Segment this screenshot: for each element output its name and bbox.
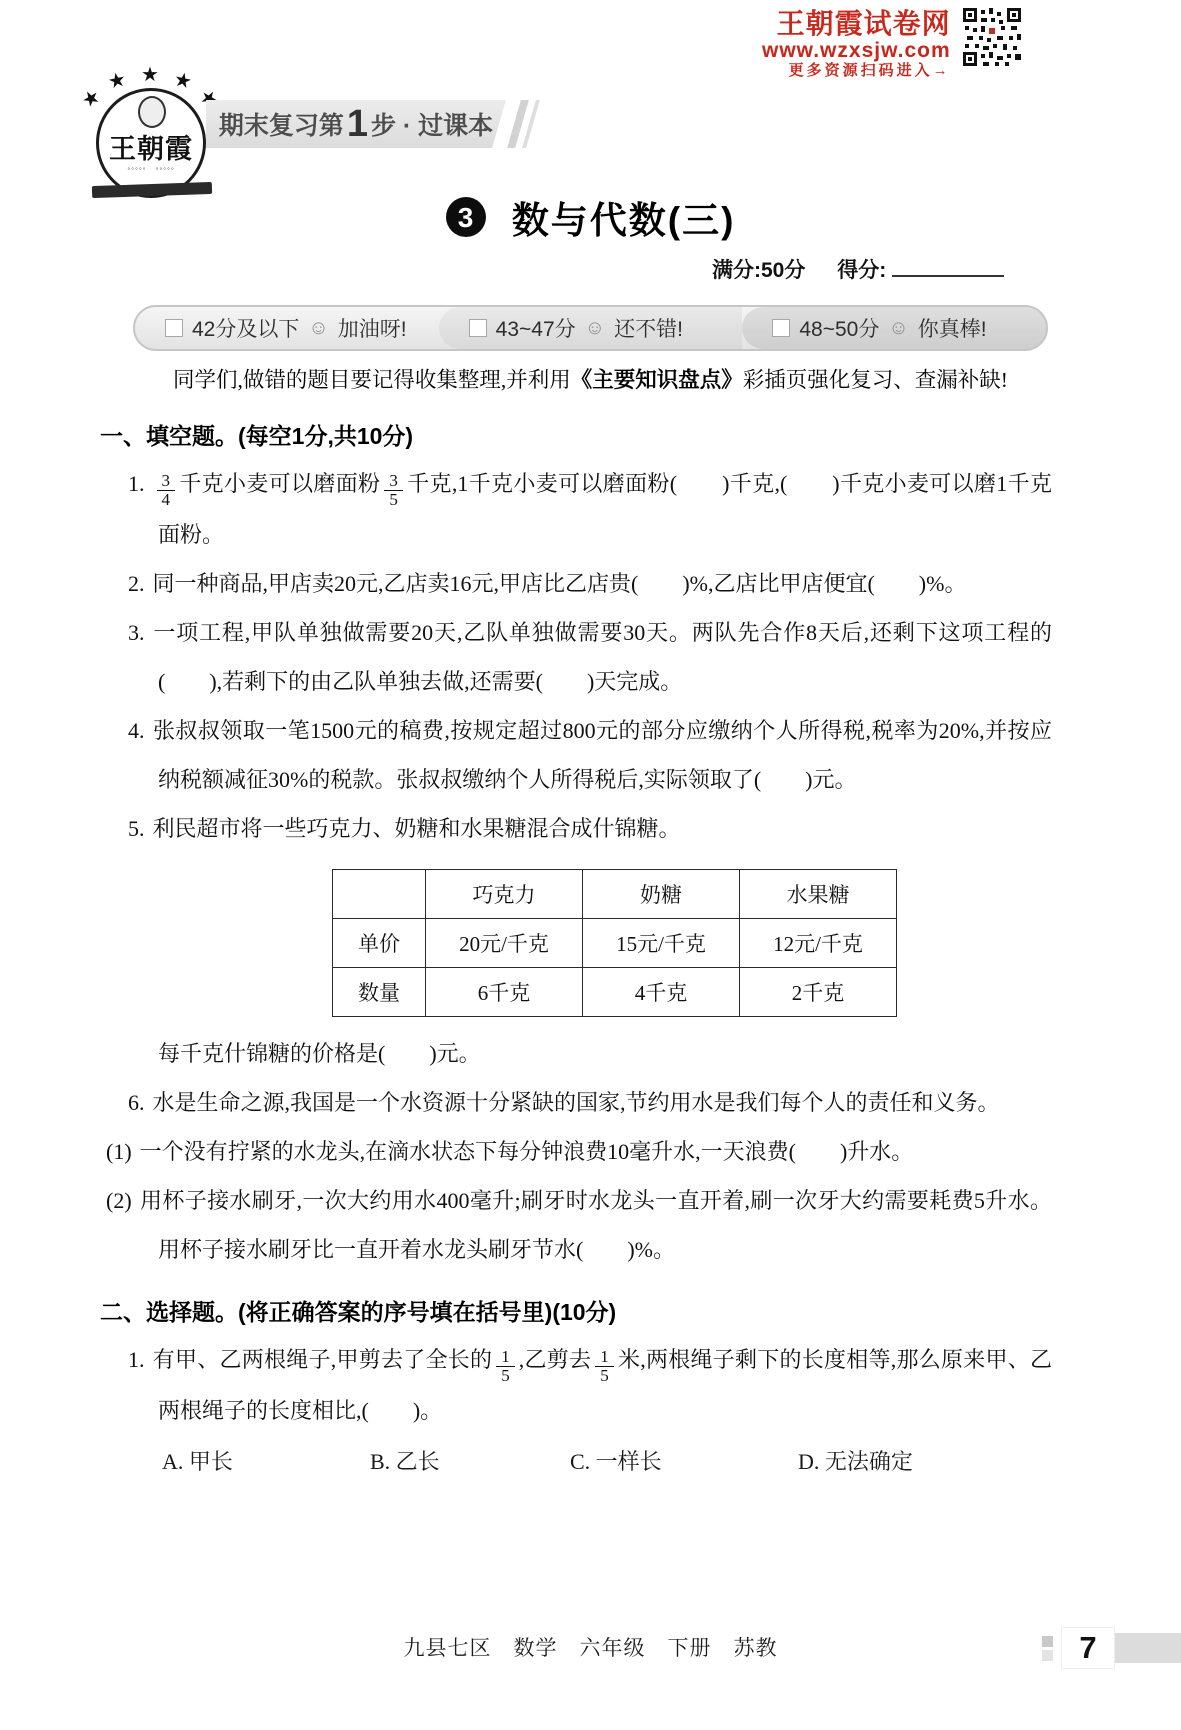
- rating-range: 42分及以下: [192, 313, 299, 343]
- table-cell: 4千克: [583, 967, 740, 1016]
- star-icon: ★: [77, 83, 105, 114]
- qr-code-icon: [963, 8, 1021, 66]
- option-a: A. 甲长: [162, 1439, 370, 1485]
- star-icon: ★: [106, 66, 129, 94]
- review-step-banner: 期末复习第 1 步 · 过课本: [206, 100, 506, 148]
- rating-segment-high: 48~50分 ☺ 你真棒!: [742, 307, 1046, 349]
- option-d: D. 无法确定: [798, 1439, 1052, 1485]
- question-text: 有甲、乙两根绳子,甲剪去了全长的: [153, 1347, 493, 1372]
- table-header-cell: 水果糖: [740, 869, 897, 918]
- rating-range: 48~50分: [799, 313, 879, 343]
- question-number: 4.: [128, 718, 145, 743]
- site-name: 王朝霞试卷网: [762, 8, 951, 39]
- student-notice: 同学们,做错的题目要记得收集整理,并利用《主要知识盘点》彩插页强化复习、查漏补缺…: [0, 363, 1181, 394]
- question-number: 1.: [128, 471, 145, 496]
- question-text: 一个没有拧紧的水龙头,在滴水状态下每分钟浪费10毫升水,一天浪费( )升水。: [140, 1139, 914, 1164]
- table-row: 数量 6千克 4千克 2千克: [333, 967, 897, 1016]
- question-text: 张叔叔领取一笔1500元的稿费,按规定超过800元的部分应缴纳个人所得税,税率为…: [153, 718, 1053, 792]
- full-score-label: 满分:50分: [712, 259, 805, 282]
- option-b: B. 乙长: [370, 1439, 570, 1485]
- banner-step-number: 1: [347, 105, 368, 143]
- table-header-row: 巧克力 奶糖 水果糖: [333, 869, 897, 918]
- fraction: 15: [496, 1348, 515, 1386]
- self-rating-bar: 42分及以下 ☺ 加油呀! 43~47分 ☺ 还不错! 48~50分 ☺ 你真棒…: [133, 305, 1048, 351]
- notice-text: 同学们,做错的题目要记得收集整理,并利用: [173, 368, 571, 392]
- score-line: 满分:50分 得分:: [712, 254, 1004, 284]
- table-cell: 15元/千克: [583, 918, 740, 967]
- rating-checkbox: [469, 319, 487, 337]
- exam-body: 一、填空题。(每空1分,共10分) 1.34千克小麦可以磨面粉35千克,1千克小…: [100, 412, 1052, 1485]
- question-text: 用杯子接水刷牙,一次大约用水400毫升;刷牙时水龙头一直开着,刷一次牙大约需要耗…: [140, 1188, 1052, 1262]
- question-number: 2.: [128, 571, 145, 596]
- rating-comment: 加油呀!: [338, 313, 407, 343]
- table-header-cell: 奶糖: [583, 869, 740, 918]
- fraction: 34: [157, 472, 176, 510]
- sub-question-number: (2): [106, 1188, 132, 1213]
- sub-question-number: (1): [106, 1139, 132, 1164]
- page-title: 3 数与代数(三): [0, 190, 1181, 244]
- question-text: ,乙剪去: [519, 1347, 592, 1372]
- table-header-cell: 巧克力: [426, 869, 583, 918]
- got-score-label: 得分:: [837, 259, 886, 282]
- question-number: 1.: [128, 1347, 145, 1372]
- table-row: 单价 20元/千克 15元/千克 12元/千克: [333, 918, 897, 967]
- fill-question-6-sub-1: (1)一个没有拧紧的水龙头,在滴水状态下每分钟浪费10毫升水,一天浪费( )升水…: [100, 1127, 1052, 1176]
- rating-checkbox: [772, 319, 790, 337]
- site-url: www.wzxsjw.com: [762, 39, 951, 63]
- fraction: 15: [595, 1348, 614, 1386]
- page-number: 7: [1061, 1627, 1115, 1669]
- title-number-badge: 3: [446, 197, 486, 237]
- candy-price-table: 巧克力 奶糖 水果糖 单价 20元/千克 15元/千克 12元/千克 数量 6千…: [332, 869, 897, 1017]
- banner-suffix: 步 · 过课本: [371, 106, 493, 142]
- question-text: 同一种商品,甲店卖20元,乙店卖16元,甲店比乙店贵( )%,乙店比甲店便宜( …: [153, 571, 967, 596]
- option-c: C. 一样长: [570, 1439, 798, 1485]
- notice-text: 彩插页强化复习、查漏补缺!: [743, 368, 1008, 392]
- stamp-name: 王朝霞: [99, 127, 203, 166]
- fill-question-1: 1.34千克小麦可以磨面粉35千克,1千克小麦可以磨面粉( )千克,( )千克小…: [100, 459, 1052, 559]
- fill-question-3: 3.一项工程,甲队单独做需要20天,乙队单独做需要30天。两队先合作8天后,还剩…: [100, 608, 1052, 706]
- site-branding: 王朝霞试卷网 www.wzxsjw.com 更多资源扫码进入→: [762, 8, 1021, 80]
- rating-range: 43~47分: [496, 313, 576, 343]
- row-label: 数量: [333, 967, 426, 1016]
- fill-question-6-sub-2: (2)用杯子接水刷牙,一次大约用水400毫升;刷牙时水龙头一直开着,刷一次牙大约…: [100, 1176, 1052, 1274]
- rating-comment: 你真棒!: [918, 313, 987, 343]
- choice-question-1: 1.有甲、乙两根绳子,甲剪去了全长的15,乙剪去15米,两根绳子剩下的长度相等,…: [100, 1335, 1052, 1435]
- smiley-face-icon: ☺: [308, 318, 328, 338]
- score-blank-line: [892, 257, 1004, 277]
- smiley-face-icon: ☺: [888, 318, 908, 338]
- footer-edition-info: 九县七区 数学 六年级 下册 苏教: [0, 1632, 1181, 1662]
- footer-bar: [1115, 1633, 1181, 1663]
- fraction: 35: [384, 472, 403, 510]
- title-text: 数与代数(三): [512, 200, 736, 241]
- question-text: 一项工程,甲队单独做需要20天,乙队单独做需要30天。两队先合作8天后,还剩下这…: [153, 620, 1053, 694]
- fill-question-5-followup: 每千克什锦糖的价格是( )元。: [100, 1029, 1052, 1078]
- choice-options-row: A. 甲长 B. 乙长 C. 一样长 D. 无法确定: [100, 1439, 1052, 1485]
- table-cell: 2千克: [740, 967, 897, 1016]
- fill-question-4: 4.张叔叔领取一笔1500元的稿费,按规定超过800元的部分应缴纳个人所得税,税…: [100, 706, 1052, 804]
- question-text: 水是生命之源,我国是一个水资源十分紧缺的国家,节约用水是我们每个人的责任和义务。: [153, 1090, 1000, 1115]
- rating-segment-low: 42分及以下 ☺ 加油呀!: [135, 307, 439, 349]
- question-text: 每千克什锦糖的价格是( )元。: [158, 1041, 481, 1066]
- question-text: 千克小麦可以磨面粉: [179, 471, 380, 496]
- brand-text-block: 王朝霞试卷网 www.wzxsjw.com 更多资源扫码进入→: [762, 8, 951, 80]
- stamp-circle: 王朝霞 ◦◦◦◦◦ ◦◦◦◦◦: [96, 88, 206, 198]
- stamp-subtext: ◦◦◦◦◦ ◦◦◦◦◦: [99, 163, 203, 174]
- question-number: 5.: [128, 816, 145, 841]
- footer-decoration-squares: [1042, 1636, 1053, 1661]
- row-label: 单价: [333, 918, 426, 967]
- notice-bold-text: 《主要知识盘点》: [571, 368, 743, 392]
- section-1-heading: 一、填空题。(每空1分,共10分): [100, 418, 1052, 451]
- table-header-cell: [333, 869, 426, 918]
- banner-prefix: 期末复习第: [219, 106, 344, 142]
- star-icon: ★: [172, 66, 195, 94]
- smiley-face-icon: ☺: [585, 318, 605, 338]
- site-tagline: 更多资源扫码进入→: [762, 63, 951, 80]
- table-cell: 12元/千克: [740, 918, 897, 967]
- question-text: 利民超市将一些巧克力、奶糖和水果糖混合成什锦糖。: [153, 816, 681, 841]
- section-2-heading: 二、选择题。(将正确答案的序号填在括号里)(10分): [100, 1294, 1052, 1327]
- fill-question-2: 2.同一种商品,甲店卖20元,乙店卖16元,甲店比乙店贵( )%,乙店比甲店便宜…: [100, 559, 1052, 608]
- fill-question-5: 5.利民超市将一些巧克力、奶糖和水果糖混合成什锦糖。: [100, 804, 1052, 853]
- portrait-icon: [138, 96, 166, 128]
- rating-checkbox: [165, 319, 183, 337]
- question-number: 6.: [128, 1090, 145, 1115]
- fill-question-6: 6.水是生命之源,我国是一个水资源十分紧缺的国家,节约用水是我们每个人的责任和义…: [100, 1078, 1052, 1127]
- page-number-badge: 7: [1042, 1628, 1181, 1668]
- table-cell: 20元/千克: [426, 918, 583, 967]
- table-cell: 6千克: [426, 967, 583, 1016]
- publisher-stamp-logo: ★ ★ ★ ★ ★ 王朝霞 ◦◦◦◦◦ ◦◦◦◦◦: [86, 68, 222, 196]
- question-number: 3.: [128, 620, 145, 645]
- rating-comment: 还不错!: [614, 313, 683, 343]
- star-icon: ★: [141, 62, 159, 87]
- rating-segment-mid: 43~47分 ☺ 还不错!: [439, 307, 743, 349]
